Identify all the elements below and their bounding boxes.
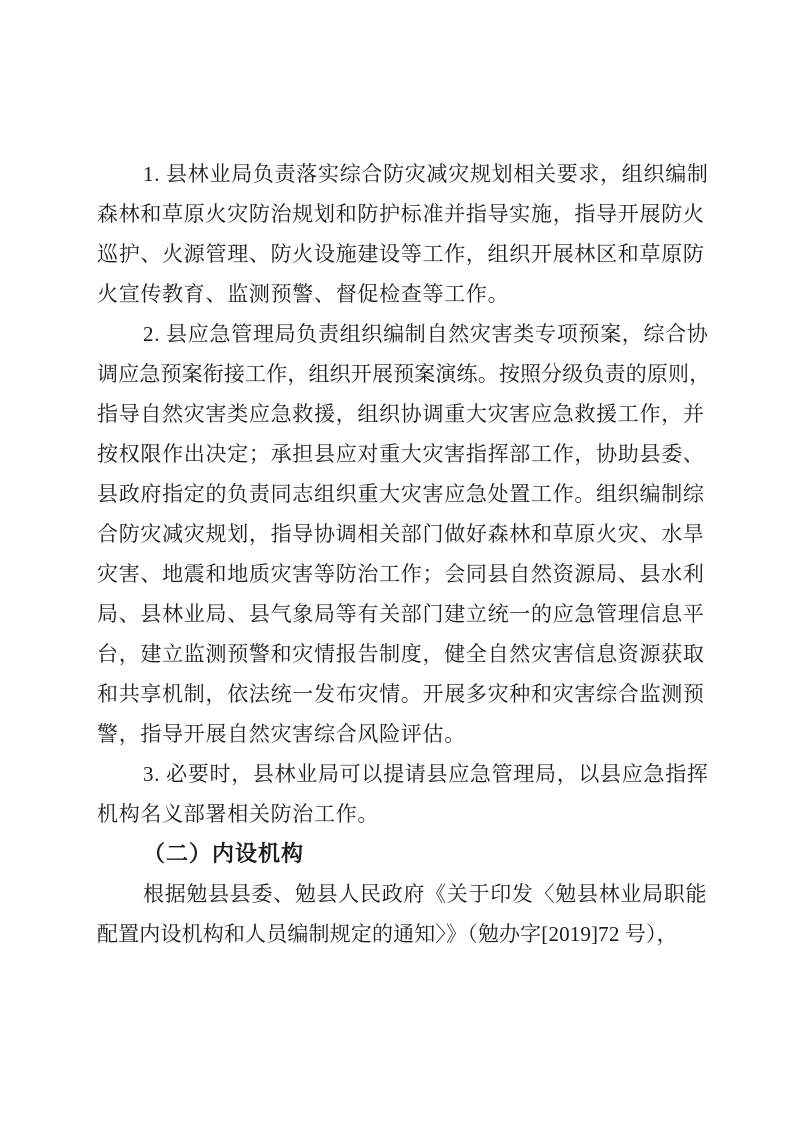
text-line: 巡护、火源管理、防火设施建设等工作，组织开展林区和草原防 — [97, 234, 709, 274]
text-line: 调应急预案衔接工作，组织开展预案演练。按照分级负责的原则， — [97, 354, 709, 394]
text-line: 县政府指定的负责同志组织重大灾害应急处置工作。组织编制综 — [97, 474, 709, 514]
text-line: 和共享机制，依法统一发布灾情。开展多灾种和灾害综合监测预 — [97, 674, 709, 714]
text-line: 机构名义部署相关防治工作。 — [97, 794, 709, 834]
text-line: 按权限作出决定；承担县应对重大灾害指挥部工作，协助县委、 — [97, 434, 709, 474]
text-line: 根据勉县县委、勉县人民政府《关于印发〈勉县林业局职能 — [97, 874, 709, 914]
text-line: 台，建立监测预警和灾情报告制度，健全自然灾害信息资源获取 — [97, 634, 709, 674]
text-line: 1. 县林业局负责落实综合防灾减灾规划相关要求，组织编制 — [97, 154, 709, 194]
text-line: 火宣传教育、监测预警、督促检查等工作。 — [97, 274, 709, 314]
text-line: 森林和草原火灾防治规划和防护标准并指导实施，指导开展防火 — [97, 194, 709, 234]
text-line: 局、县林业局、县气象局等有关部门建立统一的应急管理信息平 — [97, 594, 709, 634]
document-page: 1. 县林业局负责落实综合防灾减灾规划相关要求，组织编制 森林和草原火灾防治规划… — [0, 0, 793, 1122]
text-line: 3. 必要时，县林业局可以提请县应急管理局，以县应急指挥 — [97, 754, 709, 794]
paragraph-forestry-bureau-duties: 1. 县林业局负责落实综合防灾减灾规划相关要求，组织编制 森林和草原火灾防治规划… — [97, 154, 709, 314]
text-line: 警，指导开展自然灾害综合风险评估。 — [97, 714, 709, 754]
text-line: 合防灾减灾规划，指导协调相关部门做好森林和草原火灾、水旱 — [97, 514, 709, 554]
paragraph-when-necessary: 3. 必要时，县林业局可以提请县应急管理局，以县应急指挥 机构名义部署相关防治工… — [97, 754, 709, 834]
text-line: 灾害、地震和地质灾害等防治工作；会同县自然资源局、县水利 — [97, 554, 709, 594]
section-heading-internal-organization: （二）内设机构 — [97, 834, 709, 874]
document-text-block: 1. 县林业局负责落实综合防灾减灾规划相关要求，组织编制 森林和草原火灾防治规划… — [97, 154, 709, 954]
text-line: 配置内设机构和人员编制规定的通知〉》（勉办字[2019]72 号）， — [97, 914, 709, 954]
paragraph-emergency-bureau-duties: 2. 县应急管理局负责组织编制自然灾害类专项预案，综合协 调应急预案衔接工作，组… — [97, 314, 709, 754]
text-line: 指导自然灾害类应急救援，组织协调重大灾害应急救援工作，并 — [97, 394, 709, 434]
text-line: 2. 县应急管理局负责组织编制自然灾害类专项预案，综合协 — [97, 314, 709, 354]
paragraph-basis-notice: 根据勉县县委、勉县人民政府《关于印发〈勉县林业局职能 配置内设机构和人员编制规定… — [97, 874, 709, 954]
